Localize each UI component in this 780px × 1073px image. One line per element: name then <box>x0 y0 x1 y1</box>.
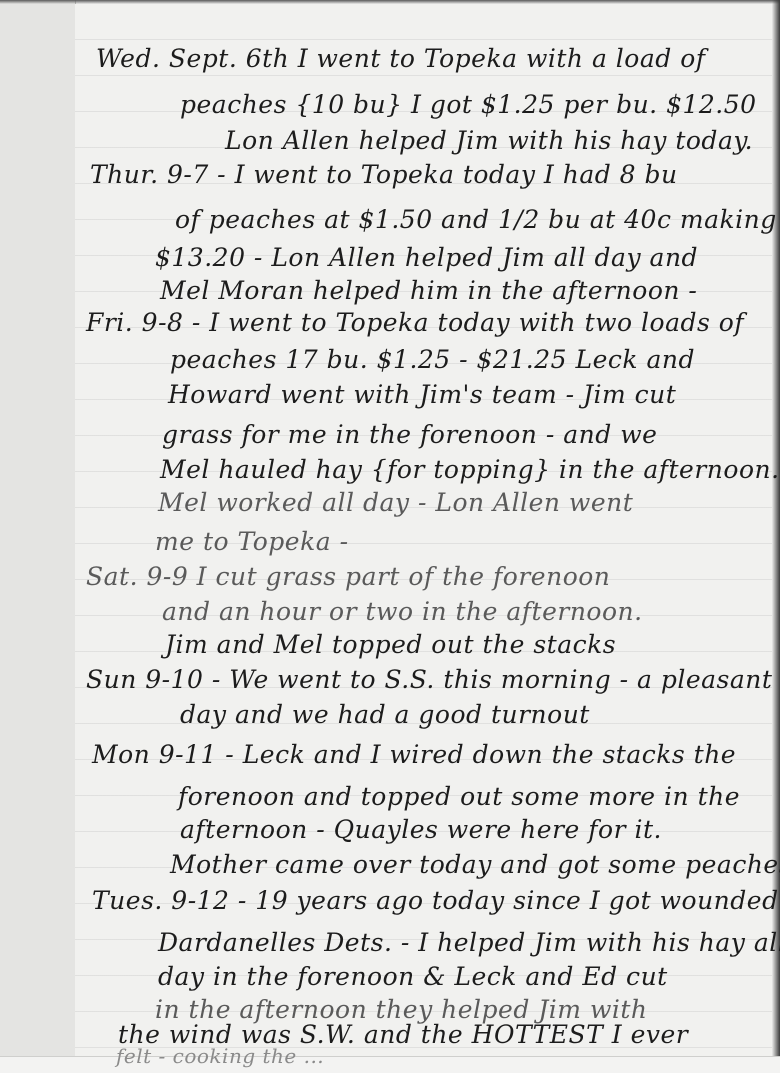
entry-thur-line-1: Thur. 9-7 - I went to Topeka today I had… <box>90 160 678 189</box>
entry-wed-line-3: Lon Allen helped Jim with his hay today. <box>225 126 753 155</box>
entry-fri-line-6: Mel worked all day - Lon Allen went <box>158 488 633 517</box>
entry-wed-line-2: peaches {10 bu} I got $1.25 per bu. $12.… <box>180 90 757 119</box>
entry-fri-line-7: me to Topeka - <box>155 527 349 556</box>
entry-tues-line-1: Tues. 9-12 - 19 years ago today since I … <box>92 886 780 915</box>
entry-fri-line-5: Mel hauled hay {for topping} in the afte… <box>160 455 780 484</box>
scanned-diary-page: Wed. Sept. 6th I went to Topeka with a l… <box>0 0 780 1073</box>
entry-sat-line-3: Jim and Mel topped out the stacks <box>165 630 616 659</box>
entry-tues-line-2: Dardanelles Dets. - I helped Jim with hi… <box>158 928 780 957</box>
entry-sat-line-2: and an hour or two in the afternoon. <box>162 597 643 626</box>
entry-fri-line-4: grass for me in the forenoon - and we <box>162 420 657 449</box>
entry-mon-line-4: Mother came over today and got some peac… <box>170 850 780 879</box>
entry-sun-line-2: day and we had a good turnout <box>180 700 590 729</box>
entry-fri-line-2: peaches 17 bu. $1.25 - $21.25 Leck and <box>170 345 695 374</box>
scan-top-shadow <box>0 0 780 4</box>
entry-thur-line-3: $13.20 - Lon Allen helped Jim all day an… <box>155 243 698 272</box>
entry-tues-line-6: felt - cooking the ... <box>116 1044 324 1068</box>
entry-fri-line-1: Fri. 9-8 - I went to Topeka today with t… <box>86 308 744 337</box>
left-page-margin <box>0 0 76 1073</box>
entry-sat-line-1: Sat. 9-9 I cut grass part of the forenoo… <box>86 562 610 591</box>
entry-tues-line-3: day in the forenoon & Leck and Ed cut <box>158 962 668 991</box>
entry-thur-line-2: of peaches at $1.50 and 1/2 bu at 40c ma… <box>175 205 777 234</box>
entry-sun-line-1: Sun 9-10 - We went to S.S. this morning … <box>86 665 772 694</box>
entry-fri-line-3: Howard went with Jim's team - Jim cut <box>168 380 676 409</box>
entry-wed-line-1: Wed. Sept. 6th I went to Topeka with a l… <box>96 44 706 73</box>
entry-mon-line-2: forenoon and topped out some more in the <box>178 782 740 811</box>
entry-mon-line-1: Mon 9-11 - Leck and I wired down the sta… <box>92 740 736 769</box>
entry-mon-line-3: afternoon - Quayles were here for it. <box>180 815 662 844</box>
entry-thur-line-4: Mel Moran helped him in the afternoon - <box>160 276 697 305</box>
